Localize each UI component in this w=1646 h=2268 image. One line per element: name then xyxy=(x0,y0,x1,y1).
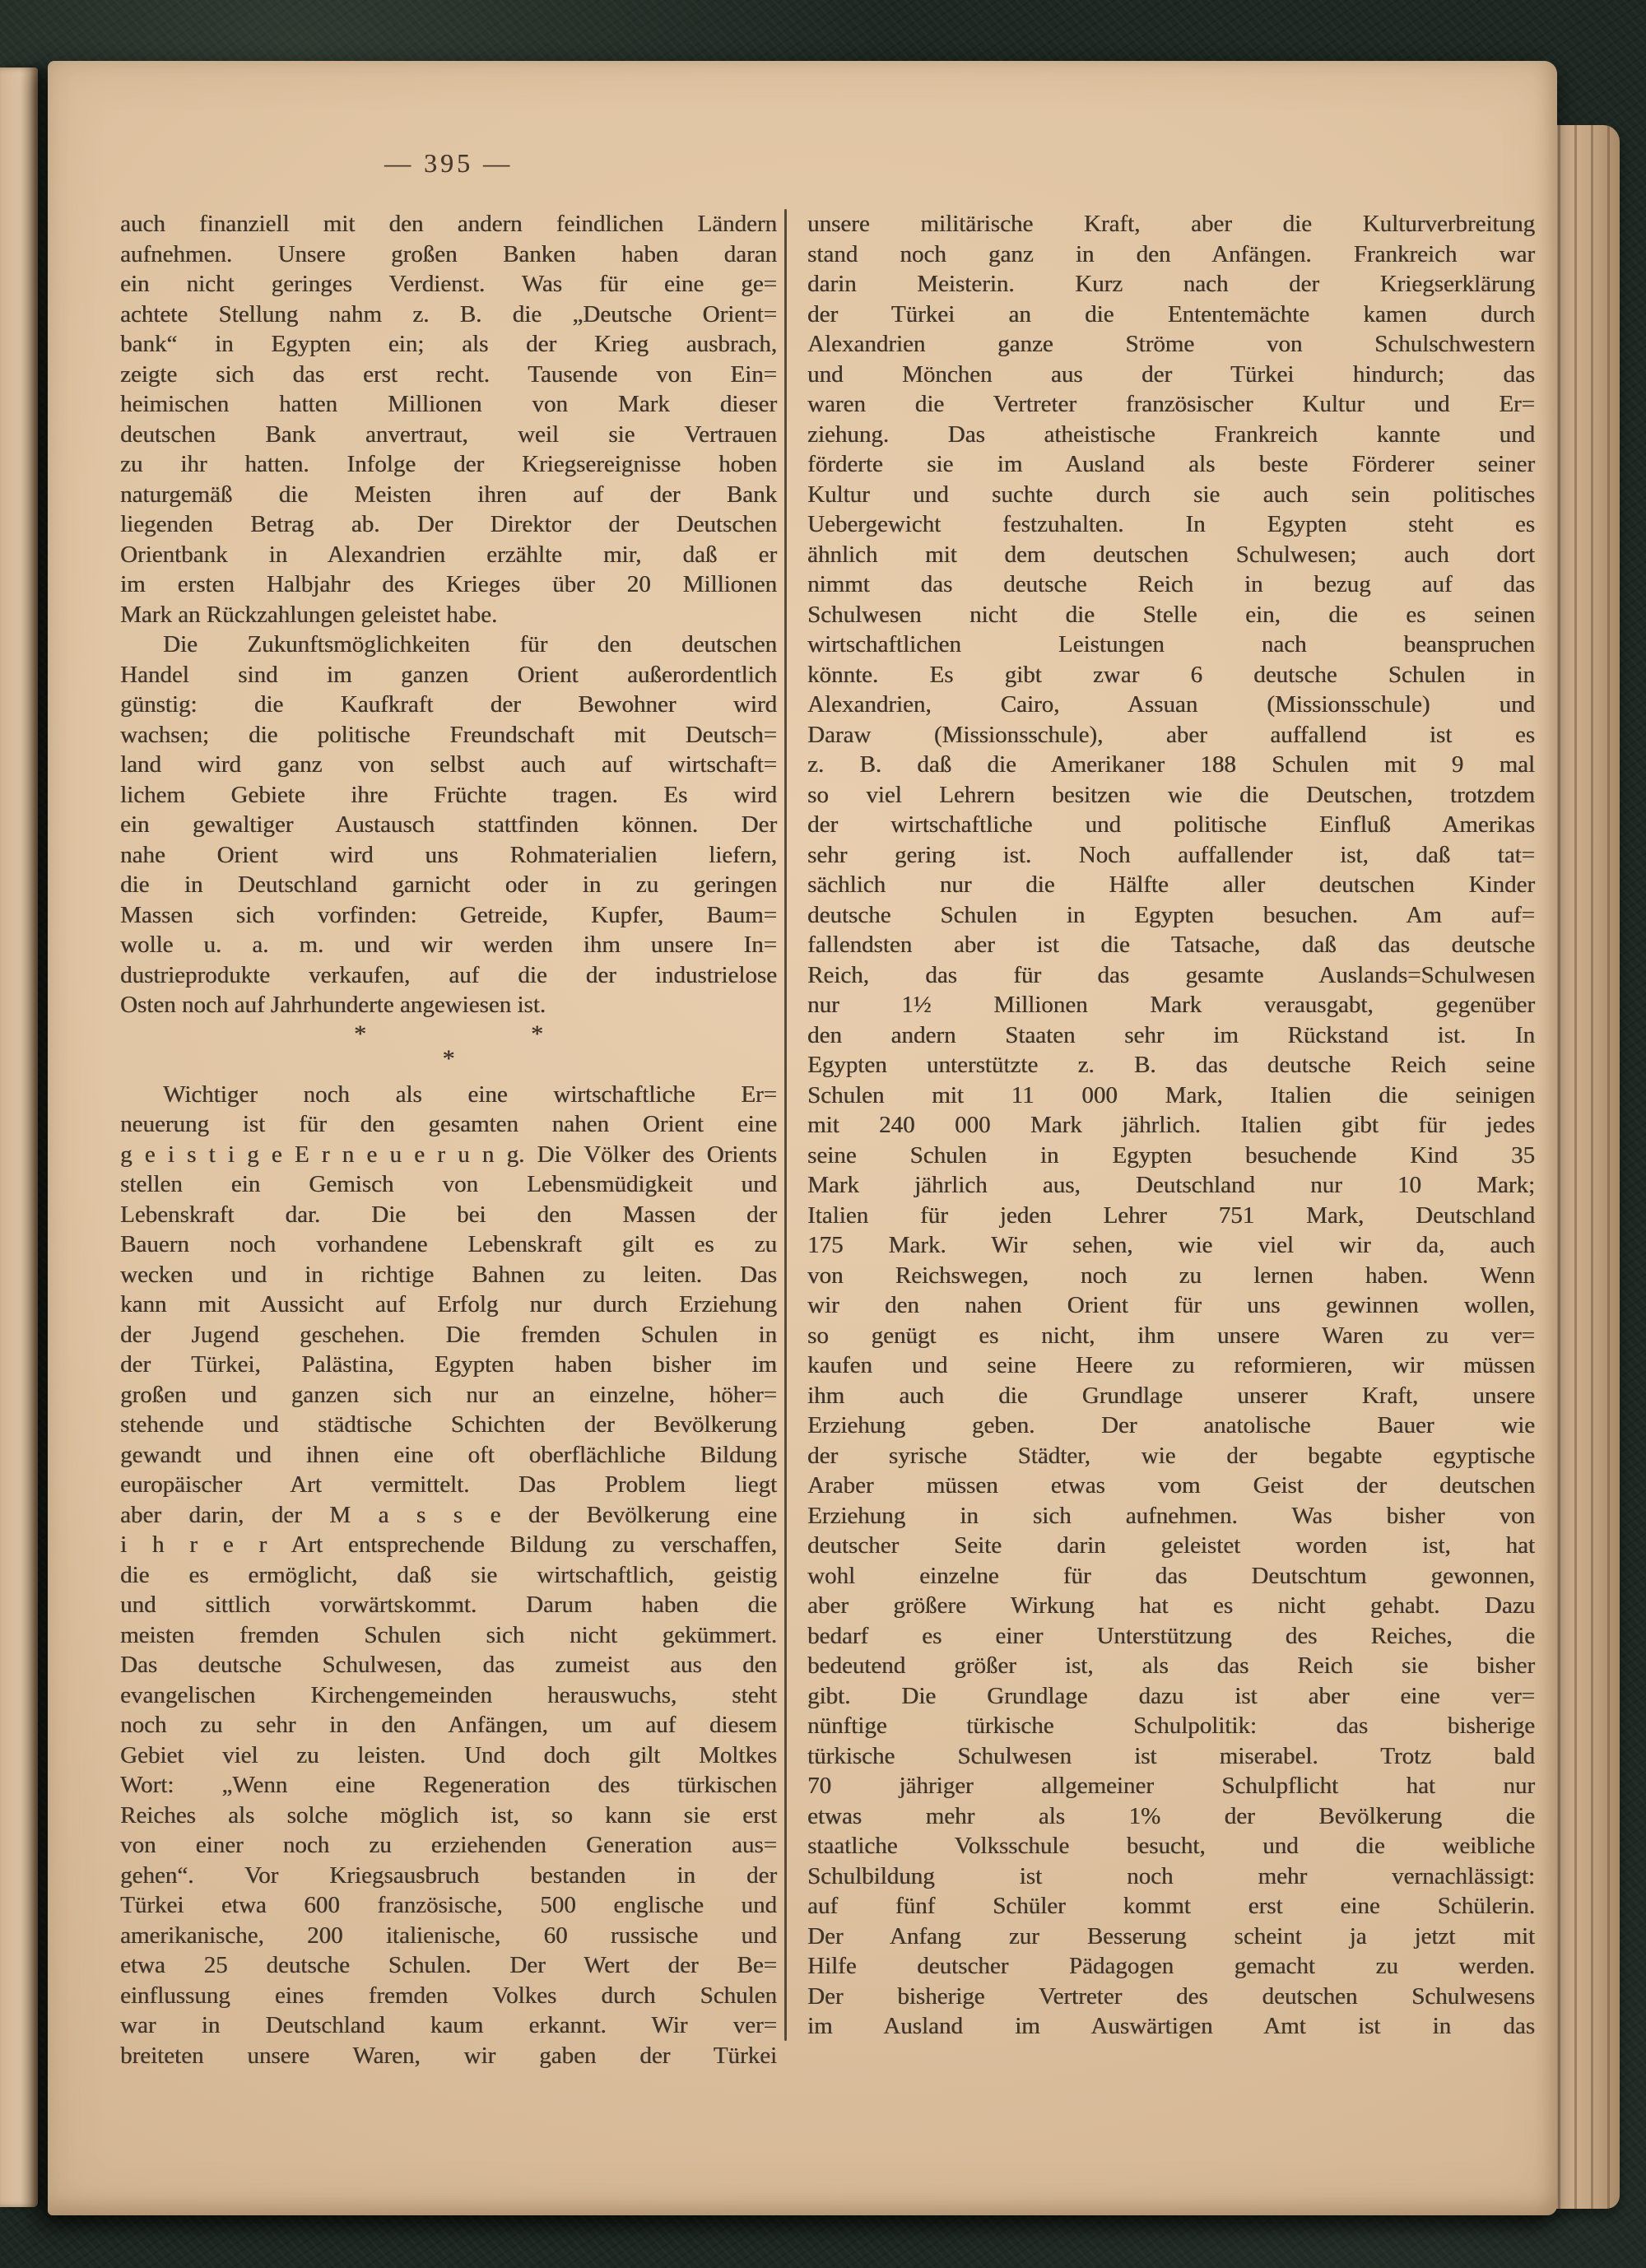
text-line: Schulen mit 11 000 Mark, Italien die sei… xyxy=(807,1081,1535,1111)
text-line: ein gewaltiger Austausch stattfinden kön… xyxy=(120,810,777,840)
text-line: der wirtschaftliche und politische Einfl… xyxy=(807,810,1535,840)
text-line: ähnlich mit dem deutschen Schulwesen; au… xyxy=(807,540,1535,570)
text-line: wachsen; die politische Freundschaft mit… xyxy=(120,720,777,751)
asterisk-glyph: * xyxy=(354,1020,366,1048)
text-line: Handel sind im ganzen Orient außerordent… xyxy=(120,660,777,690)
text-line: deutscher Seite darin geleistet worden i… xyxy=(807,1531,1535,1561)
text-line: und sittlich vorwärtskommt. Darum haben … xyxy=(120,1590,777,1620)
text-line: türkische Schulwesen ist miserabel. Trot… xyxy=(807,1741,1535,1772)
text-line: auf fünf Schüler kommt erst eine Schüler… xyxy=(807,1891,1535,1922)
text-line: 175 Mark. Wir sehen, wie viel wir da, au… xyxy=(807,1230,1535,1261)
text-line: etwas mehr als 1% der Bevölkerung die xyxy=(807,1801,1535,1832)
text-line: neuerung ist für den gesamten nahen Orie… xyxy=(120,1109,777,1140)
text-line: wohl einzelne für das Deutschtum gewonne… xyxy=(807,1561,1535,1592)
text-line: großen und ganzen sich nur an einzelne, … xyxy=(120,1380,777,1411)
text-line: im Ausland im Auswärtigen Amt ist in das xyxy=(807,2011,1535,2042)
text-line: darin Meisterin. Kurz nach der Kriegserk… xyxy=(807,269,1535,300)
text-line: im ersten Halbjahr des Krieges über 20 M… xyxy=(120,569,777,600)
text-line: lichem Gebiete ihre Früchte tragen. Es w… xyxy=(120,780,777,811)
text-line: die in Deutschland garnicht oder in zu g… xyxy=(120,870,777,900)
text-line: Mark jährlich aus, Deutschland nur 10 Ma… xyxy=(807,1170,1535,1201)
text-line: Schulbildung ist noch mehr vernachlässig… xyxy=(807,1861,1535,1892)
text-line: Osten noch auf Jahrhunderte angewiesen i… xyxy=(120,990,777,1020)
text-line: Uebergewicht festzuhalten. In Egypten st… xyxy=(807,509,1535,540)
text-line: bedarf es einer Unterstützung des Reiche… xyxy=(807,1621,1535,1652)
text-line: Egypten unterstützte z. B. das deutsche … xyxy=(807,1050,1535,1081)
text-line: evangelischen Kirchengemeinden herauswuc… xyxy=(120,1680,777,1711)
text-line: Hilfe deutscher Pädagogen gemacht zu wer… xyxy=(807,1951,1535,1982)
text-line: 70 jähriger allgemeiner Schulpflicht hat… xyxy=(807,1771,1535,1801)
text-line: Schulwesen nicht die Stelle ein, die es … xyxy=(807,600,1535,630)
asterisk-glyph: * xyxy=(443,1045,455,1073)
asterisk-glyph: * xyxy=(531,1020,543,1048)
text-line: fallendsten aber ist die Tatsache, daß d… xyxy=(807,930,1535,960)
text-line: könnte. Es gibt zwar 6 deutsche Schulen … xyxy=(807,660,1535,690)
left-column: auch finanziell mit den andern feindlich… xyxy=(120,209,777,2070)
text-line: gewandt und ihnen eine oft oberflächlich… xyxy=(120,1440,777,1471)
text-line: stehende und städtische Schichten der Be… xyxy=(120,1410,777,1440)
text-line: naturgemäß die Meisten ihren auf der Ban… xyxy=(120,480,777,510)
text-line: Massen sich vorfinden: Getreide, Kupfer,… xyxy=(120,900,777,931)
right-column: unsere militärische Kraft, aber die Kult… xyxy=(807,209,1535,2042)
text-line: wolle u. a. m. und wir werden ihm unsere… xyxy=(120,930,777,960)
column-divider xyxy=(784,209,787,2041)
text-line: noch zu sehr in den Anfängen, um auf die… xyxy=(120,1710,777,1741)
text-line: wir den nahen Orient für uns gewinnen wo… xyxy=(807,1290,1535,1321)
text-line: amerikanische, 200 italienische, 60 russ… xyxy=(120,1921,777,1951)
text-line: Araber müssen etwas vom Geist der deutsc… xyxy=(807,1471,1535,1501)
text-line: Alexandrien, Cairo, Assuan (Missionsschu… xyxy=(807,690,1535,720)
text-line: Wort: „Wenn eine Regeneration des türkis… xyxy=(120,1770,777,1801)
text-line: breiteten unsere Waren, wir gaben der Tü… xyxy=(120,2041,777,2071)
text-line: g e i s t i g e E r n e u e r u n g. Die… xyxy=(120,1140,777,1170)
text-line: der Türkei, Palästina, Egypten haben bis… xyxy=(120,1350,777,1380)
text-line: nimmt das deutsche Reich in bezug auf da… xyxy=(807,569,1535,600)
text-line: so viel Lehrern besitzen wie die Deutsch… xyxy=(807,780,1535,811)
text-line: Alexandrien ganze Ströme von Schulschwes… xyxy=(807,329,1535,360)
text-line: der syrische Städter, wie der begabte eg… xyxy=(807,1441,1535,1471)
text-line: der Jugend geschehen. Die fremden Schule… xyxy=(120,1320,777,1350)
text-line: Italien für jeden Lehrer 751 Mark, Deuts… xyxy=(807,1201,1535,1231)
text-line: aufnehmen. Unsere großen Banken haben da… xyxy=(120,239,777,270)
text-line: bedeutend größer ist, als das Reich sie … xyxy=(807,1651,1535,1681)
text-line: ihm auch die Grundlage unserer Kraft, un… xyxy=(807,1381,1535,1411)
text-line: Lebenskraft dar. Die bei den Massen der xyxy=(120,1200,777,1230)
text-line: achtete Stellung nahm z. B. die „Deutsch… xyxy=(120,300,777,330)
asterisk-separator: *** xyxy=(120,1020,777,1080)
text-line: Orientbank in Alexandrien erzählte mir, … xyxy=(120,540,777,570)
text-line: wirtschaftlichen Leistungen nach beanspr… xyxy=(807,630,1535,660)
text-line: Daraw (Missionsschule), aber auffallend … xyxy=(807,720,1535,751)
text-line: nur 1½ Millionen Mark verausgabt, gegenü… xyxy=(807,990,1535,1020)
text-line: kaufen und seine Heere zu reformieren, w… xyxy=(807,1350,1535,1381)
text-line: bank“ in Egypten ein; als der Krieg ausb… xyxy=(120,329,777,360)
text-line: stand noch ganz in den Anfängen. Frankre… xyxy=(807,239,1535,270)
text-line: staatliche Volksschule besucht, und die … xyxy=(807,1831,1535,1861)
text-line: z. B. daß die Amerikaner 188 Schulen mit… xyxy=(807,750,1535,780)
text-line: Das deutsche Schulwesen, das zumeist aus… xyxy=(120,1650,777,1680)
text-line: förderte sie im Ausland als beste Förder… xyxy=(807,449,1535,480)
text-line: einflussung eines fremden Volkes durch S… xyxy=(120,1981,777,2011)
text-line: Wichtiger noch als eine wirtschaftliche … xyxy=(120,1080,777,1110)
text-line: von einer noch zu erziehenden Generation… xyxy=(120,1830,777,1861)
text-line: etwa 25 deutsche Schulen. Der Wert der B… xyxy=(120,1950,777,1981)
text-line: Reich, das für das gesamte Auslands=Schu… xyxy=(807,960,1535,991)
text-line: waren die Vertreter französischer Kultur… xyxy=(807,389,1535,420)
text-line: und Mönchen aus der Türkei hindurch; das xyxy=(807,360,1535,390)
text-line: nahe Orient wird uns Rohmaterialien lief… xyxy=(120,840,777,871)
text-line: zeigte sich das erst recht. Tausende von… xyxy=(120,360,777,390)
text-line: wecken und in richtige Bahnen zu leiten.… xyxy=(120,1260,777,1290)
text-line: die es ermöglicht, daß sie wirtschaftlic… xyxy=(120,1560,777,1591)
text-line: auch finanziell mit den andern feindlich… xyxy=(120,209,777,239)
text-line: deutsche Schulen in Egypten besuchen. Am… xyxy=(807,900,1535,931)
text-line: aber größere Wirkung hat es nicht gehabt… xyxy=(807,1591,1535,1621)
text-line: sehr gering ist. Noch auffallender ist, … xyxy=(807,840,1535,871)
text-line: mit 240 000 Mark jährlich. Italien gibt … xyxy=(807,1110,1535,1141)
text-line: dustrieprodukte verkaufen, auf die der i… xyxy=(120,960,777,991)
text-line: den andern Staaten sehr im Rückstand ist… xyxy=(807,1020,1535,1051)
text-line: aber darin, der M a s s e der Bevölkerun… xyxy=(120,1500,777,1531)
text-line: Erziehung geben. Der anatolische Bauer w… xyxy=(807,1411,1535,1441)
text-line: günstig: die Kaufkraft der Bewohner wird xyxy=(120,690,777,720)
text-line: seine Schulen in Egypten besuchende Kind… xyxy=(807,1141,1535,1171)
text-line: land wird ganz von selbst auch auf wirts… xyxy=(120,750,777,780)
text-line: Gebiet viel zu leisten. Und doch gilt Mo… xyxy=(120,1741,777,1771)
text-line: stellen ein Gemisch von Lebensmüdigkeit … xyxy=(120,1169,777,1200)
book-page: — 395 — auch finanziell mit den andern f… xyxy=(48,61,1557,2215)
text-line: sächlich nur die Hälfte aller deutschen … xyxy=(807,870,1535,900)
text-line: ziehung. Das atheistische Frankreich kan… xyxy=(807,420,1535,450)
text-line: Die Zukunftsmöglichkeiten für den deutsc… xyxy=(120,630,777,660)
text-line: zu ihr hatten. Infolge der Kriegsereigni… xyxy=(120,449,777,480)
text-line: Der Anfang zur Besserung scheint ja jetz… xyxy=(807,1922,1535,1952)
text-line: unsere militärische Kraft, aber die Kult… xyxy=(807,209,1535,239)
text-line: von Reichswegen, noch zu lernen haben. W… xyxy=(807,1261,1535,1291)
text-line: Kultur und suchte durch sie auch sein po… xyxy=(807,480,1535,510)
text-line: Bauern noch vorhandene Lebenskraft gilt … xyxy=(120,1229,777,1260)
text-line: Der bisherige Vertreter des deutschen Sc… xyxy=(807,1982,1535,2012)
text-line: nünftige türkische Schulpolitik: das bis… xyxy=(807,1711,1535,1741)
text-line: i h r e r Art entsprechende Bildung zu v… xyxy=(120,1530,777,1560)
text-line: so genügt es nicht, ihm unsere Waren zu … xyxy=(807,1321,1535,1351)
text-line: kann mit Aussicht auf Erfolg nur durch E… xyxy=(120,1290,777,1320)
underlying-page-edge xyxy=(0,67,38,2207)
text-line: der Türkei an die Ententemächte kamen du… xyxy=(807,300,1535,330)
text-line: heimischen hatten Millionen von Mark die… xyxy=(120,389,777,420)
text-line: ein nicht geringes Verdienst. Was für ei… xyxy=(120,269,777,300)
text-line: europäischer Art vermittelt. Das Problem… xyxy=(120,1470,777,1500)
page-number: — 395 — xyxy=(120,148,777,179)
text-line: meisten fremden Schulen sich nicht geküm… xyxy=(120,1620,777,1651)
text-line: gibt. Die Grundlage dazu ist aber eine v… xyxy=(807,1681,1535,1712)
text-block: auch finanziell mit den andern feindlich… xyxy=(120,209,1535,2070)
text-line: gehen“. Vor Kriegsausbruch bestanden in … xyxy=(120,1861,777,1891)
text-line: Reiches als solche möglich ist, so kann … xyxy=(120,1801,777,1831)
text-line: liegenden Betrag ab. Der Direktor der De… xyxy=(120,509,777,540)
text-line: Mark an Rückzahlungen geleistet habe. xyxy=(120,600,777,630)
text-line: war in Deutschland kaum erkannt. Wir ver… xyxy=(120,2010,777,2041)
text-line: Erziehung in sich aufnehmen. Was bisher … xyxy=(807,1501,1535,1531)
text-line: deutschen Bank anvertraut, weil sie Vert… xyxy=(120,420,777,450)
text-line: Türkei etwa 600 französische, 500 englis… xyxy=(120,1890,777,1921)
